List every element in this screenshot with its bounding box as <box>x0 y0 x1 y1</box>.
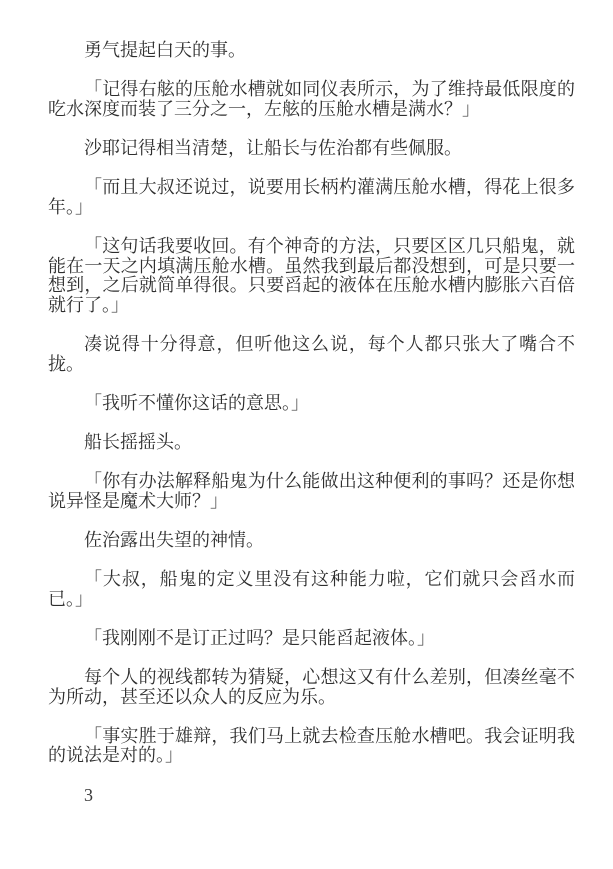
paragraph: 沙耶记得相当清楚，让船长与佐治都有些佩服。 <box>48 139 575 159</box>
paragraph: 「大叔，船鬼的定义里没有这种能力啦，它们就只会舀水而已。」 <box>48 570 575 609</box>
paragraph: 每个人的视线都转为猜疑，心想这又有什么差别，但凑丝毫不为所动，甚至还以众人的反应… <box>48 668 575 707</box>
paragraph: 「你有办法解释船鬼为什么能做出这种便利的事吗？还是你想说异怪是魔术大师？」 <box>48 472 575 511</box>
paragraph: 「这句话我要收回。有个神奇的方法，只要区区几只船鬼，就能在一天之内填满压舱水槽。… <box>48 237 575 315</box>
document-page: 勇气提起白天的事。 「记得右舷的压舱水槽就如同仪表所示，为了维持最低限度的吃水深… <box>0 0 613 869</box>
paragraph: 「记得右舷的压舱水槽就如同仪表所示，为了维持最低限度的吃水深度而装了三分之一，左… <box>48 80 575 119</box>
paragraph: 佐治露出失望的神情。 <box>48 531 575 551</box>
paragraph: 船长摇摇头。 <box>48 433 575 453</box>
paragraph: 「我刚刚不是订正过吗？是只能舀起液体。」 <box>48 629 575 649</box>
page-number: 3 <box>48 786 575 806</box>
paragraph: 「事实胜于雄辩，我们马上就去检查压舱水槽吧。我会证明我的说法是对的。」 <box>48 727 575 766</box>
paragraph: 勇气提起白天的事。 <box>48 41 575 61</box>
paragraph: 「而且大叔还说过，说要用长柄杓灌满压舱水槽，得花上很多年。」 <box>48 178 575 217</box>
paragraph: 凑说得十分得意，但听他这么说，每个人都只张大了嘴合不拢。 <box>48 335 575 374</box>
paragraph: 「我听不懂你这话的意思。」 <box>48 394 575 414</box>
